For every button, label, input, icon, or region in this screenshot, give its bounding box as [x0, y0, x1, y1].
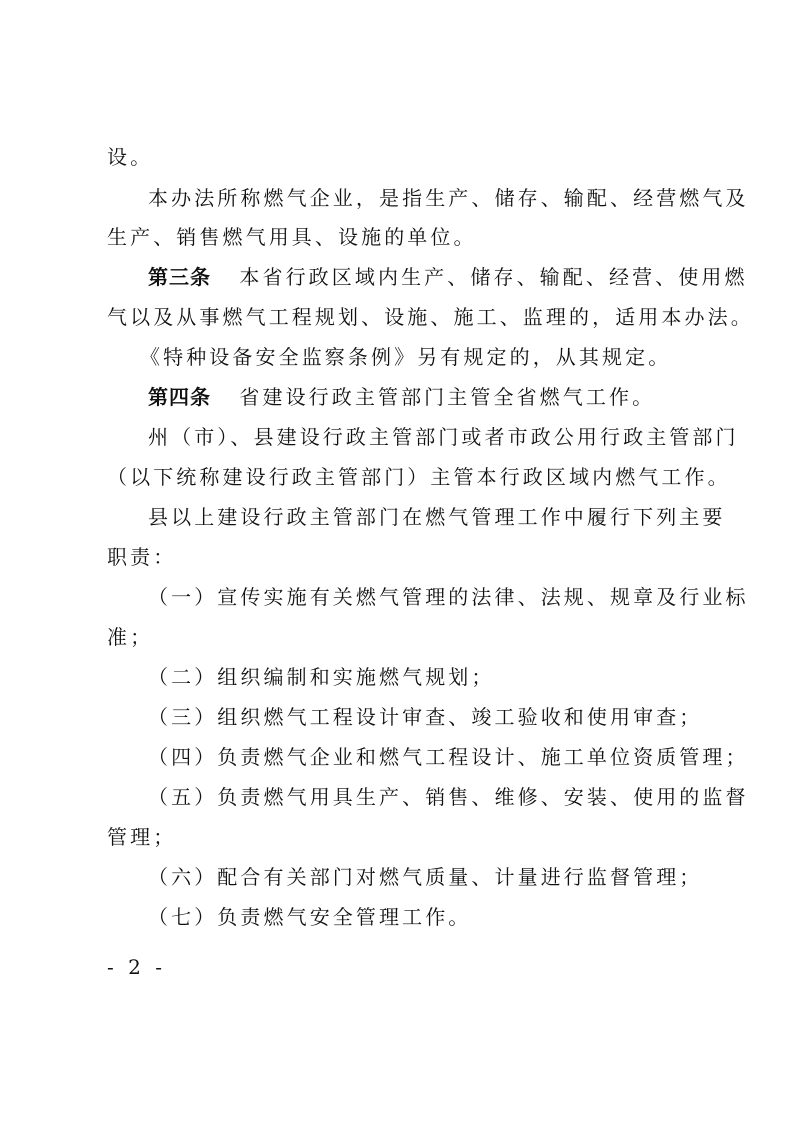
list-item: （三）组织燃气工程设计审查、竣工验收和使用审查；: [148, 705, 748, 729]
article-4: 第四条 省建设行政主管部门主管全省燃气工作。: [148, 385, 748, 409]
list-item: （七）负责燃气安全管理工作。: [148, 905, 748, 929]
paragraph-line: 本办法所称燃气企业，是指生产、储存、输配、经营燃气及: [148, 186, 748, 210]
list-item: （五）负责燃气用具生产、销售、维修、安装、使用的监督: [148, 785, 748, 809]
paragraph-line: 准；: [107, 625, 707, 649]
paragraph-line: 《特种设备安全监察条例》另有规定的，从其规定。: [140, 345, 740, 369]
article-text: 省建设行政主管部门主管全省燃气工作。: [239, 385, 655, 409]
paragraph-line: 县以上建设行政主管部门在燃气管理工作中履行下列主要: [148, 505, 748, 529]
paragraph-line: （以下统称建设行政主管部门）主管本行政区域内燃气工作。: [107, 465, 707, 489]
article-text: 本省行政区域内生产、储存、输配、经营、使用燃: [239, 265, 747, 289]
article-3: 第三条 本省行政区域内生产、储存、输配、经营、使用燃: [148, 265, 748, 289]
paragraph-line: 设。: [107, 145, 707, 169]
paragraph-line: 气以及从事燃气工程规划、设施、施工、监理的，适用本办法。: [107, 305, 707, 329]
paragraph-line: 职责：: [107, 545, 707, 569]
paragraph-line: 生产、销售燃气用具、设施的单位。: [107, 225, 707, 249]
list-item: （二）组织编制和实施燃气规划；: [148, 665, 748, 689]
article-heading: 第三条: [148, 265, 211, 289]
list-item: （一）宣传实施有关燃气管理的法律、法规、规章及行业标: [148, 585, 748, 609]
paragraph-line: 州（市）、县建设行政主管部门或者市政公用行政主管部门: [148, 425, 748, 449]
list-item: （四）负责燃气企业和燃气工程设计、施工单位资质管理；: [148, 745, 748, 769]
paragraph-line: 管理；: [107, 825, 707, 849]
page-number: - 2 -: [107, 955, 166, 979]
list-item: （六）配合有关部门对燃气质量、计量进行监督管理；: [148, 865, 748, 889]
article-heading: 第四条: [148, 385, 211, 409]
